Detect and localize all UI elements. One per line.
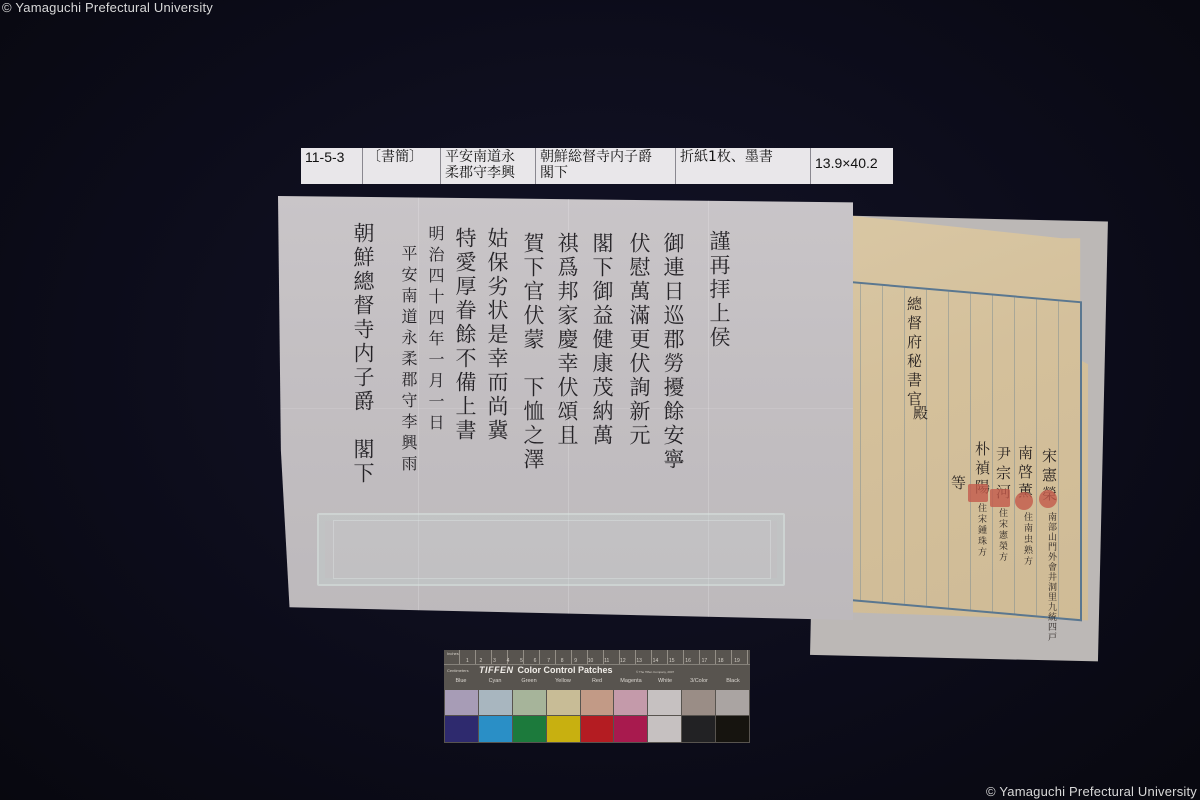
ruler-number: 1 (466, 658, 469, 664)
patch-green-light (513, 690, 546, 715)
ruler-number: 9 (574, 658, 577, 664)
envelope-address-1: 南部山門外會井洞里九統四戸 (1046, 512, 1055, 642)
rule-line (1014, 297, 1015, 613)
patch-label-green: Green (512, 678, 546, 684)
ruler-inches-label: Inches (447, 651, 459, 656)
catalog-label-card: 11-5-3 〔書簡〕 平安南道永 柔郡守李興 朝鮮総督寺内子爵 閣下 折紙1枚… (301, 148, 893, 184)
recipient: 朝鮮総督寺内子爵 閣下 (536, 148, 676, 184)
patch-magenta (614, 716, 647, 742)
ruler-cm-label: Centimeters (447, 668, 469, 673)
letter-column-1: 謹再拝上侯 (708, 230, 729, 350)
recipient-line-2: 閣下 (540, 165, 672, 181)
copyright-bottom: © Yamaguchi Prefectural University (986, 784, 1197, 799)
ruler-number: 2 (480, 658, 483, 664)
ruler-number: 10 (588, 658, 594, 664)
ruler-number: 15 (669, 658, 675, 664)
color-card-title: TIFFENColor Control Patches (479, 665, 613, 675)
patch-white (648, 690, 681, 715)
patch-black (716, 716, 749, 742)
rule-line (992, 295, 993, 611)
patches-saturated-row (445, 716, 749, 742)
ruler-number: 14 (653, 658, 659, 664)
rule-line (970, 294, 971, 610)
color-card-title-text: Color Control Patches (518, 665, 613, 675)
color-card-copyright: © The Tiffen Company, 2007 (636, 670, 674, 674)
patch-magenta-light (614, 690, 647, 715)
envelope-address-4: 住宋鍾珠方 (976, 503, 985, 558)
envelope-address-2: 住南虫熟方 (1022, 512, 1031, 567)
patch-label-cyan: Cyan (478, 678, 512, 684)
ruler-number: 12 (620, 658, 626, 664)
patch-label-magenta: Magenta (614, 678, 648, 684)
patch-label-yellow: Yellow (546, 678, 580, 684)
sender: 平安南道永 柔郡守李興 (441, 148, 536, 184)
patch-white-lower (648, 716, 681, 742)
rule-line (882, 286, 883, 602)
ruler-number: 13 (636, 658, 642, 664)
red-seal (968, 484, 988, 502)
envelope-suffix: 等 (950, 475, 965, 494)
letter-signature: 平安南道永柔郡守李興雨 (400, 245, 416, 476)
ruler-number: 3 (493, 658, 496, 664)
ruler-numbers: 1 2 3 4 5 6 7 8 9 10 11 12 13 14 15 16 1… (444, 658, 750, 664)
ruler-number: 6 (534, 658, 537, 664)
letter-column-3: 伏慰萬滿更伏詢新元 (628, 232, 649, 448)
patch-label-blue: Blue (444, 678, 478, 684)
sender-line-2: 柔郡守李興 (445, 165, 532, 181)
format-description: 折紙1枚、墨書 (676, 148, 811, 184)
rule-line (1036, 299, 1037, 615)
envelope-address-3: 住宋憲榮方 (997, 508, 1006, 563)
dimensions-text: 13.9×40.2 (815, 155, 890, 171)
ruler-number: 19 (734, 658, 740, 664)
patch-yellow (547, 716, 580, 742)
red-seal (1015, 492, 1033, 510)
ruler-number: 4 (507, 658, 510, 664)
catalog-number: 11-5-3 (301, 148, 363, 184)
ruler-number: 7 (547, 658, 550, 664)
recipient-line-1: 朝鮮総督寺内子爵 (540, 149, 672, 165)
letter-column-5: 祺爲邦家慶幸伏頌且 (556, 232, 577, 448)
ruler-number: 16 (685, 658, 691, 664)
rule-line (1058, 301, 1059, 617)
patch-red-light (581, 690, 614, 715)
ruler-number: 11 (604, 658, 609, 664)
envelope-honorific: 殿 (912, 405, 927, 424)
document-type: 〔書簡〕 (363, 148, 441, 184)
ruler-number: 5 (520, 658, 523, 664)
patch-label-white: White (648, 678, 682, 684)
letter-addressee: 朝鮮總督寺内子爵 閣下 (352, 222, 373, 486)
letter-date: 明治四十四年一月一日 (427, 225, 443, 435)
patch-blue-light (445, 690, 478, 715)
rule-line (860, 284, 861, 600)
red-seal (1039, 490, 1057, 508)
dimensions: 13.9×40.2 (811, 148, 893, 184)
letter-column-8: 特愛厚眷餘不備上書 (454, 227, 475, 443)
glass-paperweight (317, 513, 785, 586)
patch-3color-light (682, 690, 715, 715)
patches-light-row (445, 690, 749, 715)
letter-column-2: 御連日巡郡勞擾餘安寧 (662, 232, 683, 472)
ruler-number: 18 (718, 658, 724, 664)
ruler-number: 17 (702, 658, 708, 664)
color-control-card: Inches Centimeters 1 2 3 4 5 6 7 8 9 10 … (444, 650, 750, 743)
patch-cyan-light (479, 690, 512, 715)
rule-line (948, 292, 949, 608)
format-text: 折紙1枚、墨書 (680, 149, 807, 165)
patch-label-red: Red (580, 678, 614, 684)
patch-blue (445, 716, 478, 742)
catalog-number-text: 11-5-3 (305, 149, 359, 165)
rule-line (926, 290, 927, 606)
tiffen-logo: TIFFEN (479, 665, 514, 675)
sender-line-1: 平安南道永 (445, 149, 532, 165)
patch-label-3color: 3/Color (682, 678, 716, 684)
red-seal (990, 489, 1010, 507)
patch-cyan (479, 716, 512, 742)
patch-3color (682, 716, 715, 742)
patch-black-light (716, 690, 749, 715)
letter-column-6: 賀下官伏蒙 下恤之澤 (522, 232, 543, 472)
patch-green (513, 716, 546, 742)
patch-labels: Blue Cyan Green Yellow Red Magenta White… (444, 678, 750, 684)
letter-column-7: 姑保劣状是幸而尚冀 (486, 227, 507, 443)
document-type-text: 〔書簡〕 (367, 149, 437, 165)
envelope-addressee: 總督府秘書官 (906, 296, 921, 410)
ruler-number: 8 (561, 658, 564, 664)
patch-yellow-light (547, 690, 580, 715)
patch-red (581, 716, 614, 742)
letter-column-4: 閣下御益健康茂納萬 (591, 232, 612, 448)
copyright-top: © Yamaguchi Prefectural University (2, 0, 213, 15)
patch-label-black: Black (716, 678, 750, 684)
